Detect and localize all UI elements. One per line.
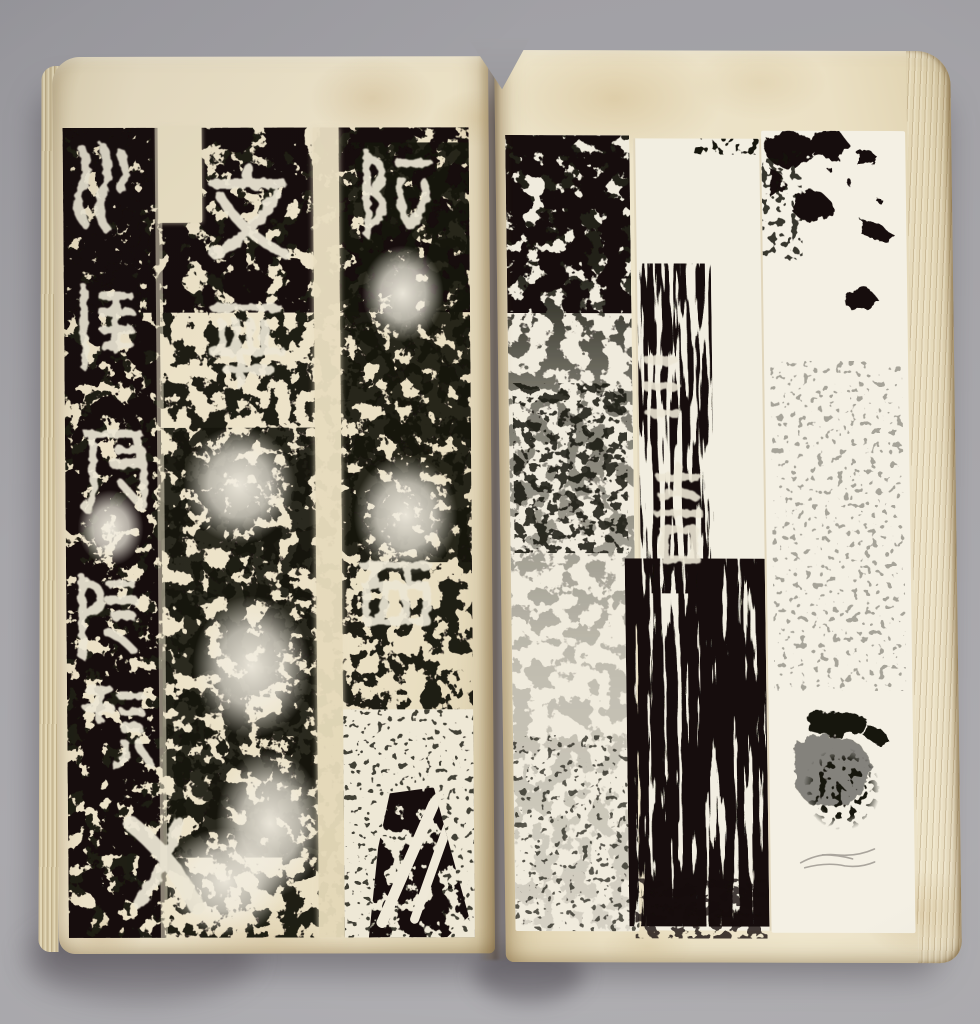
strip3-lower-blot	[789, 709, 895, 849]
rubbing-texture-column-2	[160, 428, 319, 858]
rubbing-character-marks	[71, 145, 132, 260]
album-right-page	[494, 50, 962, 963]
rubbing-character-san	[642, 352, 681, 424]
pencil-scribble	[796, 843, 880, 873]
left-rubbing-block	[63, 127, 475, 938]
rubbing-character-xi	[354, 555, 439, 631]
rubbing-character-wen	[206, 162, 291, 258]
column-3-blank-area	[343, 709, 475, 937]
strip1-sparse-bottom	[513, 735, 640, 931]
blank-paper-patch	[158, 126, 203, 223]
strip2-heavy-ink	[625, 558, 770, 926]
strip3-faint-specks	[770, 361, 906, 691]
album-left-page	[52, 56, 495, 954]
rubbing-character-shi	[77, 682, 144, 774]
rubbing-character-yin	[70, 572, 137, 662]
strip2-top-specks	[690, 139, 759, 155]
rubbing-character-lin	[70, 282, 139, 370]
rubbing-strip-1	[505, 135, 639, 931]
rubbing-character-crown	[202, 298, 299, 408]
rubbing-strip-2	[633, 138, 771, 930]
rubbing-character-xiang	[651, 465, 706, 573]
strip1-coarse-cluster	[512, 383, 628, 553]
blank-strip-3	[761, 131, 916, 933]
strip1-dark-top	[505, 135, 631, 313]
strip3-speck-trail	[761, 151, 802, 261]
strip3-small-blot	[839, 283, 885, 317]
rubbing-character-ear	[353, 147, 436, 239]
photo-rubbing-album	[0, 0, 980, 1024]
strip2-ragged-bottom	[635, 878, 768, 938]
right-page-stack-edge	[906, 51, 962, 963]
rubbing-bold-stroke	[118, 815, 205, 913]
rubbing-character-xian	[77, 420, 150, 512]
